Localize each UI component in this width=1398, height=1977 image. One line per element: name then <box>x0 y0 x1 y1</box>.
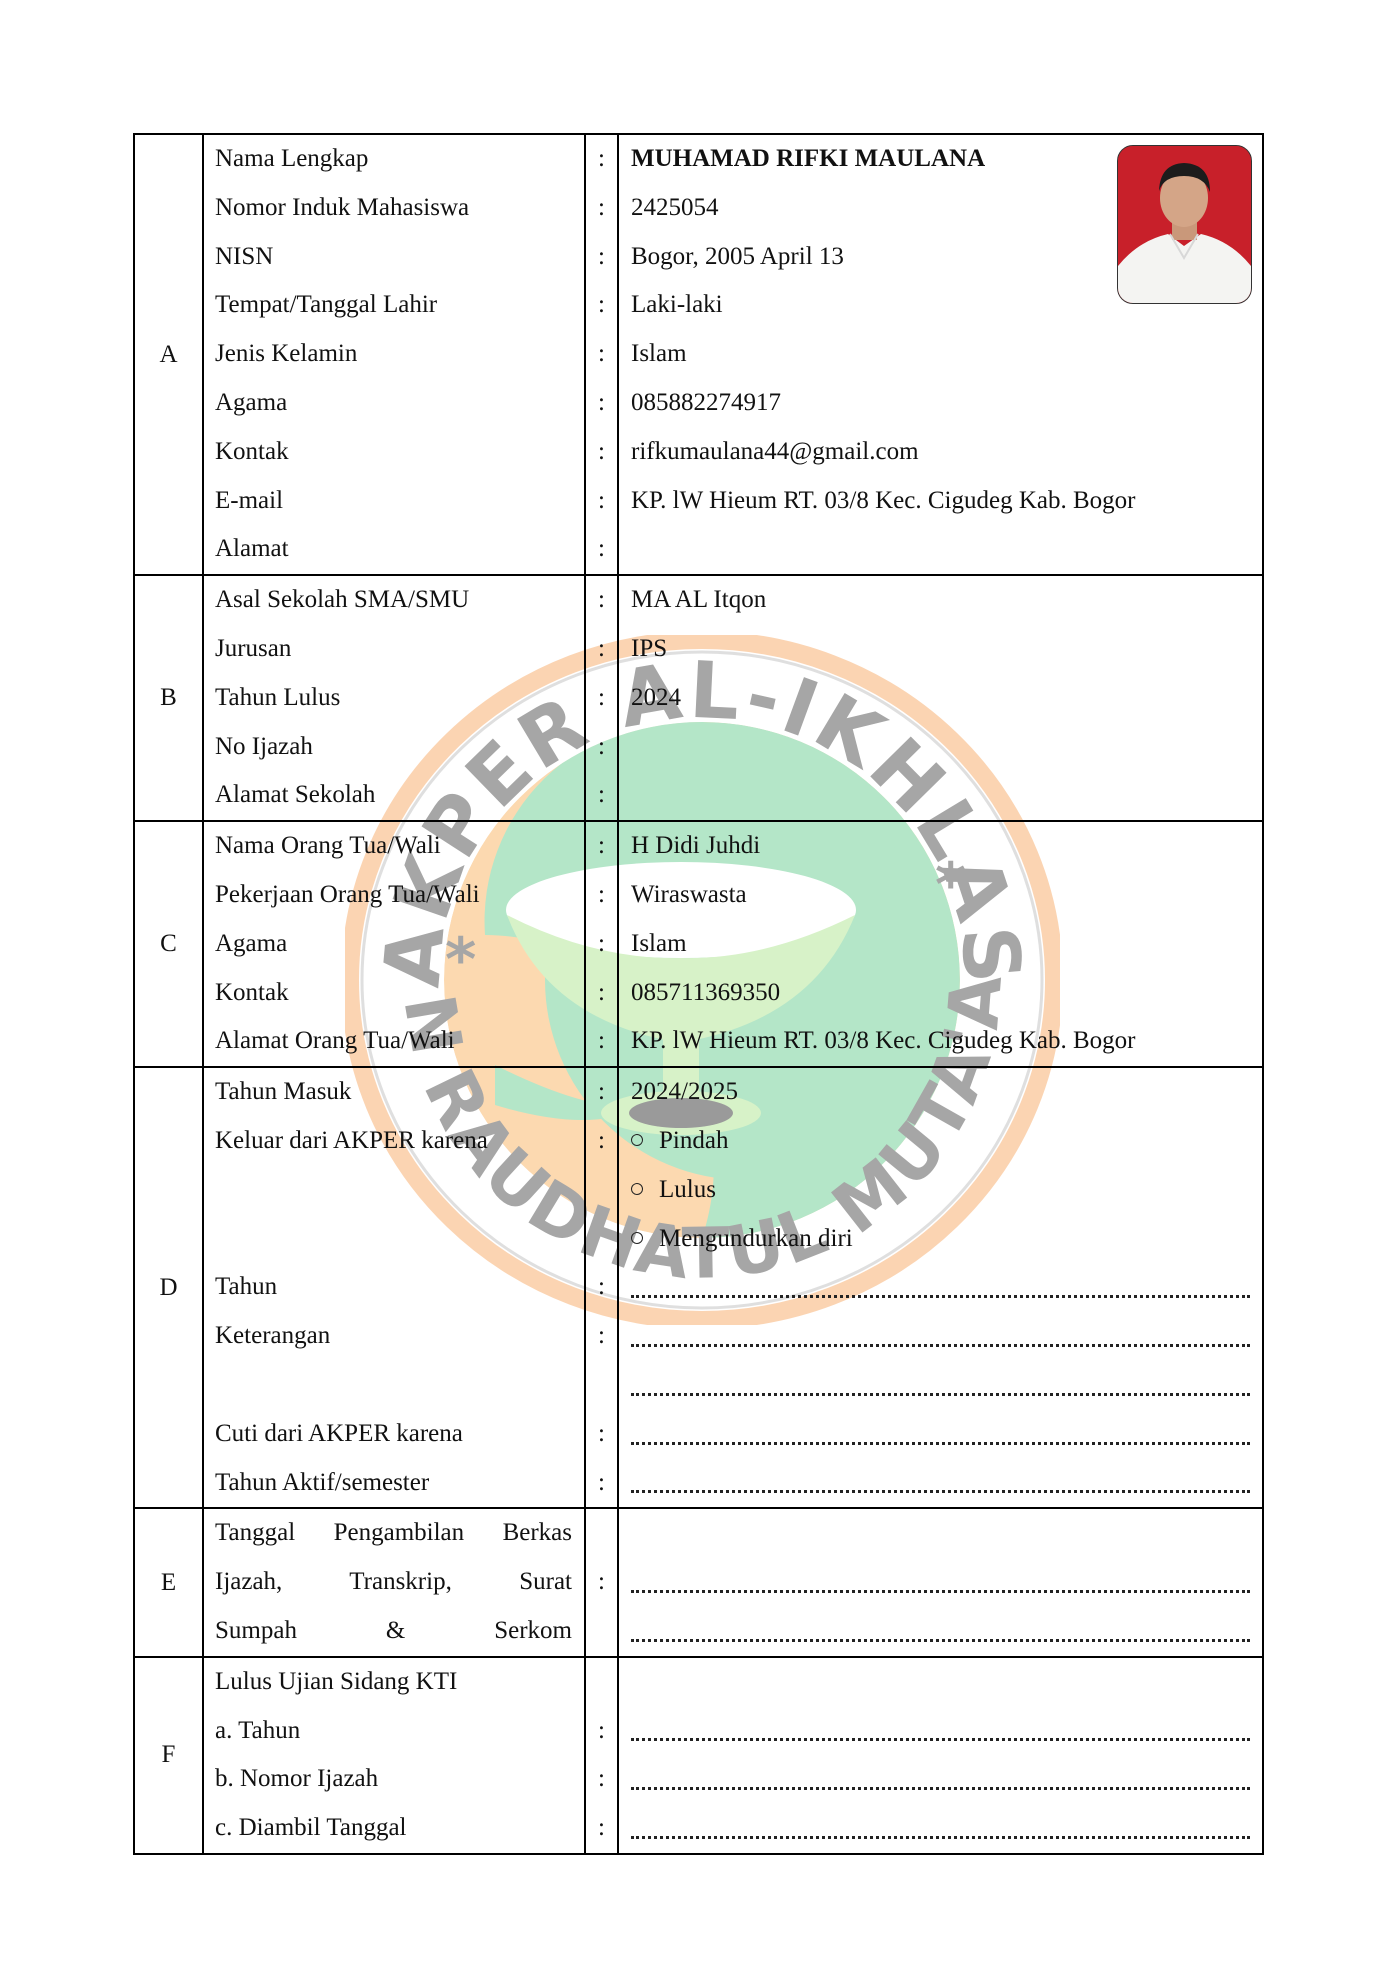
field-label: Ijazah, Transkrip, Surat <box>204 1558 584 1607</box>
colon-separator: : <box>586 1410 617 1459</box>
blank-line <box>619 1658 1262 1707</box>
section-values <box>618 1508 1263 1656</box>
field-label: Agama <box>204 379 584 428</box>
option-label: Pindah <box>659 1127 728 1154</box>
field-value[interactable]: Wiraswasta <box>619 871 1262 920</box>
colon-separator: : <box>586 1017 617 1066</box>
field-label: Tempat/Tanggal Lahir <box>204 281 584 330</box>
field-value[interactable]: Islam <box>619 330 1262 379</box>
student-photo <box>1117 145 1252 304</box>
section-colons: ::: <box>585 1657 618 1854</box>
colon-separator: : <box>586 1068 617 1117</box>
dotted-line <box>631 1836 1250 1839</box>
colon-separator: : <box>586 1558 617 1607</box>
field-label: b. Nomor Ijazah <box>204 1755 584 1804</box>
option-label: Lulus <box>659 1176 716 1203</box>
dotted-fill-line[interactable] <box>619 1707 1262 1756</box>
section-values: 2024/2025PindahLulusMengundurkan diri <box>618 1067 1263 1508</box>
colon-separator: : <box>586 576 617 625</box>
field-label: Kontak <box>204 969 584 1018</box>
field-label: Nama Orang Tua/Wali <box>204 822 584 871</box>
colon-separator: : <box>586 525 617 574</box>
field-label: Keluar dari AKPER karena <box>204 1117 584 1166</box>
radio-circle-icon[interactable] <box>631 1183 643 1195</box>
field-label: Sumpah & Serkom <box>204 1607 584 1656</box>
colon-separator: : <box>586 281 617 330</box>
field-label: c. Diambil Tanggal <box>204 1804 584 1853</box>
colon-separator: : <box>586 1117 617 1166</box>
field-label: Jenis Kelamin <box>204 330 584 379</box>
section-values: H Didi JuhdiWiraswastaIslam085711369350K… <box>618 821 1263 1067</box>
field-label: Tahun Masuk <box>204 1068 584 1117</box>
field-label: Tahun Lulus <box>204 674 584 723</box>
section-row-b: BAsal Sekolah SMA/SMUJurusanTahun LulusN… <box>134 575 1263 821</box>
section-letter: F <box>134 1657 203 1854</box>
field-label <box>204 1166 584 1215</box>
dotted-fill-line[interactable] <box>619 1410 1262 1459</box>
colon-separator <box>586 1658 617 1707</box>
colon-separator <box>586 1361 617 1410</box>
colon-separator: : <box>586 771 617 820</box>
blank-line <box>619 1509 1262 1558</box>
section-colons: :::::: <box>585 1067 618 1508</box>
colon-separator: : <box>586 625 617 674</box>
field-label <box>204 1361 584 1410</box>
colon-separator: : <box>586 135 617 184</box>
field-value[interactable]: H Didi Juhdi <box>619 822 1262 871</box>
dotted-fill-line[interactable] <box>619 1312 1262 1361</box>
colon-separator: : <box>586 330 617 379</box>
dotted-line <box>631 1344 1250 1347</box>
section-values: MUHAMAD RIFKI MAULANA2425054Bogor, 2005 … <box>618 134 1263 575</box>
colon-separator: : <box>586 1804 617 1853</box>
section-letter: A <box>134 134 203 575</box>
section-row-e: ETanggal Pengambilan BerkasIjazah, Trans… <box>134 1508 1263 1656</box>
section-letter: E <box>134 1508 203 1656</box>
dotted-line <box>631 1590 1250 1593</box>
section-colons: ::::: <box>585 821 618 1067</box>
section-row-a: ANama LengkapNomor Induk MahasiswaNISNTe… <box>134 134 1263 575</box>
section-labels: Tanggal Pengambilan BerkasIjazah, Transk… <box>203 1508 585 1656</box>
section-row-f: FLulus Ujian Sidang KTIa. Tahunb. Nomor … <box>134 1657 1263 1854</box>
section-row-d: DTahun MasukKeluar dari AKPER karenaTahu… <box>134 1067 1263 1508</box>
field-label: Pekerjaan Orang Tua/Wali <box>204 871 584 920</box>
field-value[interactable]: KP. lW Hieum RT. 03/8 Kec. Cigudeg Kab. … <box>619 1017 1262 1066</box>
field-label: Nomor Induk Mahasiswa <box>204 184 584 233</box>
section-colons: : <box>585 1508 618 1656</box>
field-value[interactable] <box>619 771 1262 820</box>
field-label: Agama <box>204 920 584 969</box>
field-label: Lulus Ujian Sidang KTI <box>204 1658 584 1707</box>
field-label: NISN <box>204 233 584 282</box>
dotted-line <box>631 1442 1250 1445</box>
student-data-form: ANama LengkapNomor Induk MahasiswaNISNTe… <box>133 133 1264 1855</box>
section-values <box>618 1657 1263 1854</box>
colon-separator <box>586 1215 617 1264</box>
colon-separator: : <box>586 233 617 282</box>
dotted-line <box>631 1787 1250 1790</box>
field-label: Alamat Orang Tua/Wali <box>204 1017 584 1066</box>
field-value[interactable] <box>619 525 1262 574</box>
field-label: a. Tahun <box>204 1707 584 1756</box>
section-labels: Lulus Ujian Sidang KTIa. Tahunb. Nomor I… <box>203 1657 585 1854</box>
field-label: Kontak <box>204 428 584 477</box>
field-value[interactable]: 085711369350 <box>619 969 1262 1018</box>
colon-separator: : <box>586 920 617 969</box>
colon-separator: : <box>586 1755 617 1804</box>
colon-separator: : <box>586 723 617 772</box>
section-letter: B <box>134 575 203 821</box>
colon-separator <box>586 1607 617 1656</box>
dotted-fill-line[interactable] <box>619 1558 1262 1607</box>
section-colons: ::::: <box>585 575 618 821</box>
field-label: Alamat <box>204 525 584 574</box>
section-values: MA AL ItqonIPS2024 <box>618 575 1263 821</box>
field-label: Tahun Aktif/semester <box>204 1459 584 1508</box>
dotted-line <box>631 1393 1250 1396</box>
dotted-fill-line[interactable] <box>619 1459 1262 1508</box>
dotted-line <box>631 1490 1250 1493</box>
field-value[interactable]: rifkumaulana44@gmail.com <box>619 428 1262 477</box>
exit-reason-option[interactable]: Lulus <box>619 1166 1262 1215</box>
colon-separator: : <box>586 477 617 526</box>
field-value[interactable]: Islam <box>619 920 1262 969</box>
field-label: Alamat Sekolah <box>204 771 584 820</box>
colon-separator: : <box>586 871 617 920</box>
field-label: Tanggal Pengambilan Berkas <box>204 1509 584 1558</box>
section-labels: Tahun MasukKeluar dari AKPER karenaTahun… <box>203 1067 585 1508</box>
dotted-line <box>631 1738 1250 1741</box>
field-label: No Ijazah <box>204 723 584 772</box>
section-labels: Nama LengkapNomor Induk MahasiswaNISNTem… <box>203 134 585 575</box>
field-label: Nama Lengkap <box>204 135 584 184</box>
section-labels: Nama Orang Tua/WaliPekerjaan Orang Tua/W… <box>203 821 585 1067</box>
field-label: Cuti dari AKPER karena <box>204 1410 584 1459</box>
radio-circle-icon[interactable] <box>631 1232 643 1244</box>
colon-separator: : <box>586 428 617 477</box>
colon-separator: : <box>586 184 617 233</box>
colon-separator: : <box>586 1459 617 1508</box>
field-label: Jurusan <box>204 625 584 674</box>
section-colons: ::::::::: <box>585 134 618 575</box>
field-label: Tahun <box>204 1263 584 1312</box>
dotted-fill-line[interactable] <box>619 1263 1262 1312</box>
field-label: E-mail <box>204 477 584 526</box>
dotted-line <box>631 1639 1250 1642</box>
field-label: Asal Sekolah SMA/SMU <box>204 576 584 625</box>
field-value[interactable]: 2024 <box>619 674 1262 723</box>
colon-separator: : <box>586 969 617 1018</box>
field-value[interactable]: MA AL Itqon <box>619 576 1262 625</box>
field-value[interactable] <box>619 723 1262 772</box>
section-letter: C <box>134 821 203 1067</box>
dotted-fill-line[interactable] <box>619 1755 1262 1804</box>
section-letter: D <box>134 1067 203 1508</box>
field-value[interactable]: IPS <box>619 625 1262 674</box>
colon-separator: : <box>586 1707 617 1756</box>
colon-separator: : <box>586 674 617 723</box>
colon-separator: : <box>586 379 617 428</box>
colon-separator <box>586 1509 617 1558</box>
colon-separator: : <box>586 822 617 871</box>
colon-separator <box>586 1166 617 1215</box>
field-label <box>204 1215 584 1264</box>
colon-separator: : <box>586 1312 617 1361</box>
field-label: Keterangan <box>204 1312 584 1361</box>
dotted-fill-line[interactable] <box>619 1607 1262 1656</box>
exit-reason-option[interactable]: Mengundurkan diri <box>619 1215 1262 1264</box>
dotted-fill-line[interactable] <box>619 1804 1262 1853</box>
field-value[interactable]: KP. lW Hieum RT. 03/8 Kec. Cigudeg Kab. … <box>619 477 1262 526</box>
colon-separator: : <box>586 1263 617 1312</box>
dotted-line <box>631 1295 1250 1298</box>
section-labels: Asal Sekolah SMA/SMUJurusanTahun LulusNo… <box>203 575 585 821</box>
field-value[interactable]: 2024/2025 <box>619 1068 1262 1117</box>
field-value[interactable]: 085882274917 <box>619 379 1262 428</box>
option-label: Mengundurkan diri <box>659 1225 853 1252</box>
exit-reason-option[interactable]: Pindah <box>619 1117 1262 1166</box>
dotted-fill-line[interactable] <box>619 1361 1262 1410</box>
section-row-c: CNama Orang Tua/WaliPekerjaan Orang Tua/… <box>134 821 1263 1067</box>
radio-circle-icon[interactable] <box>631 1134 643 1146</box>
